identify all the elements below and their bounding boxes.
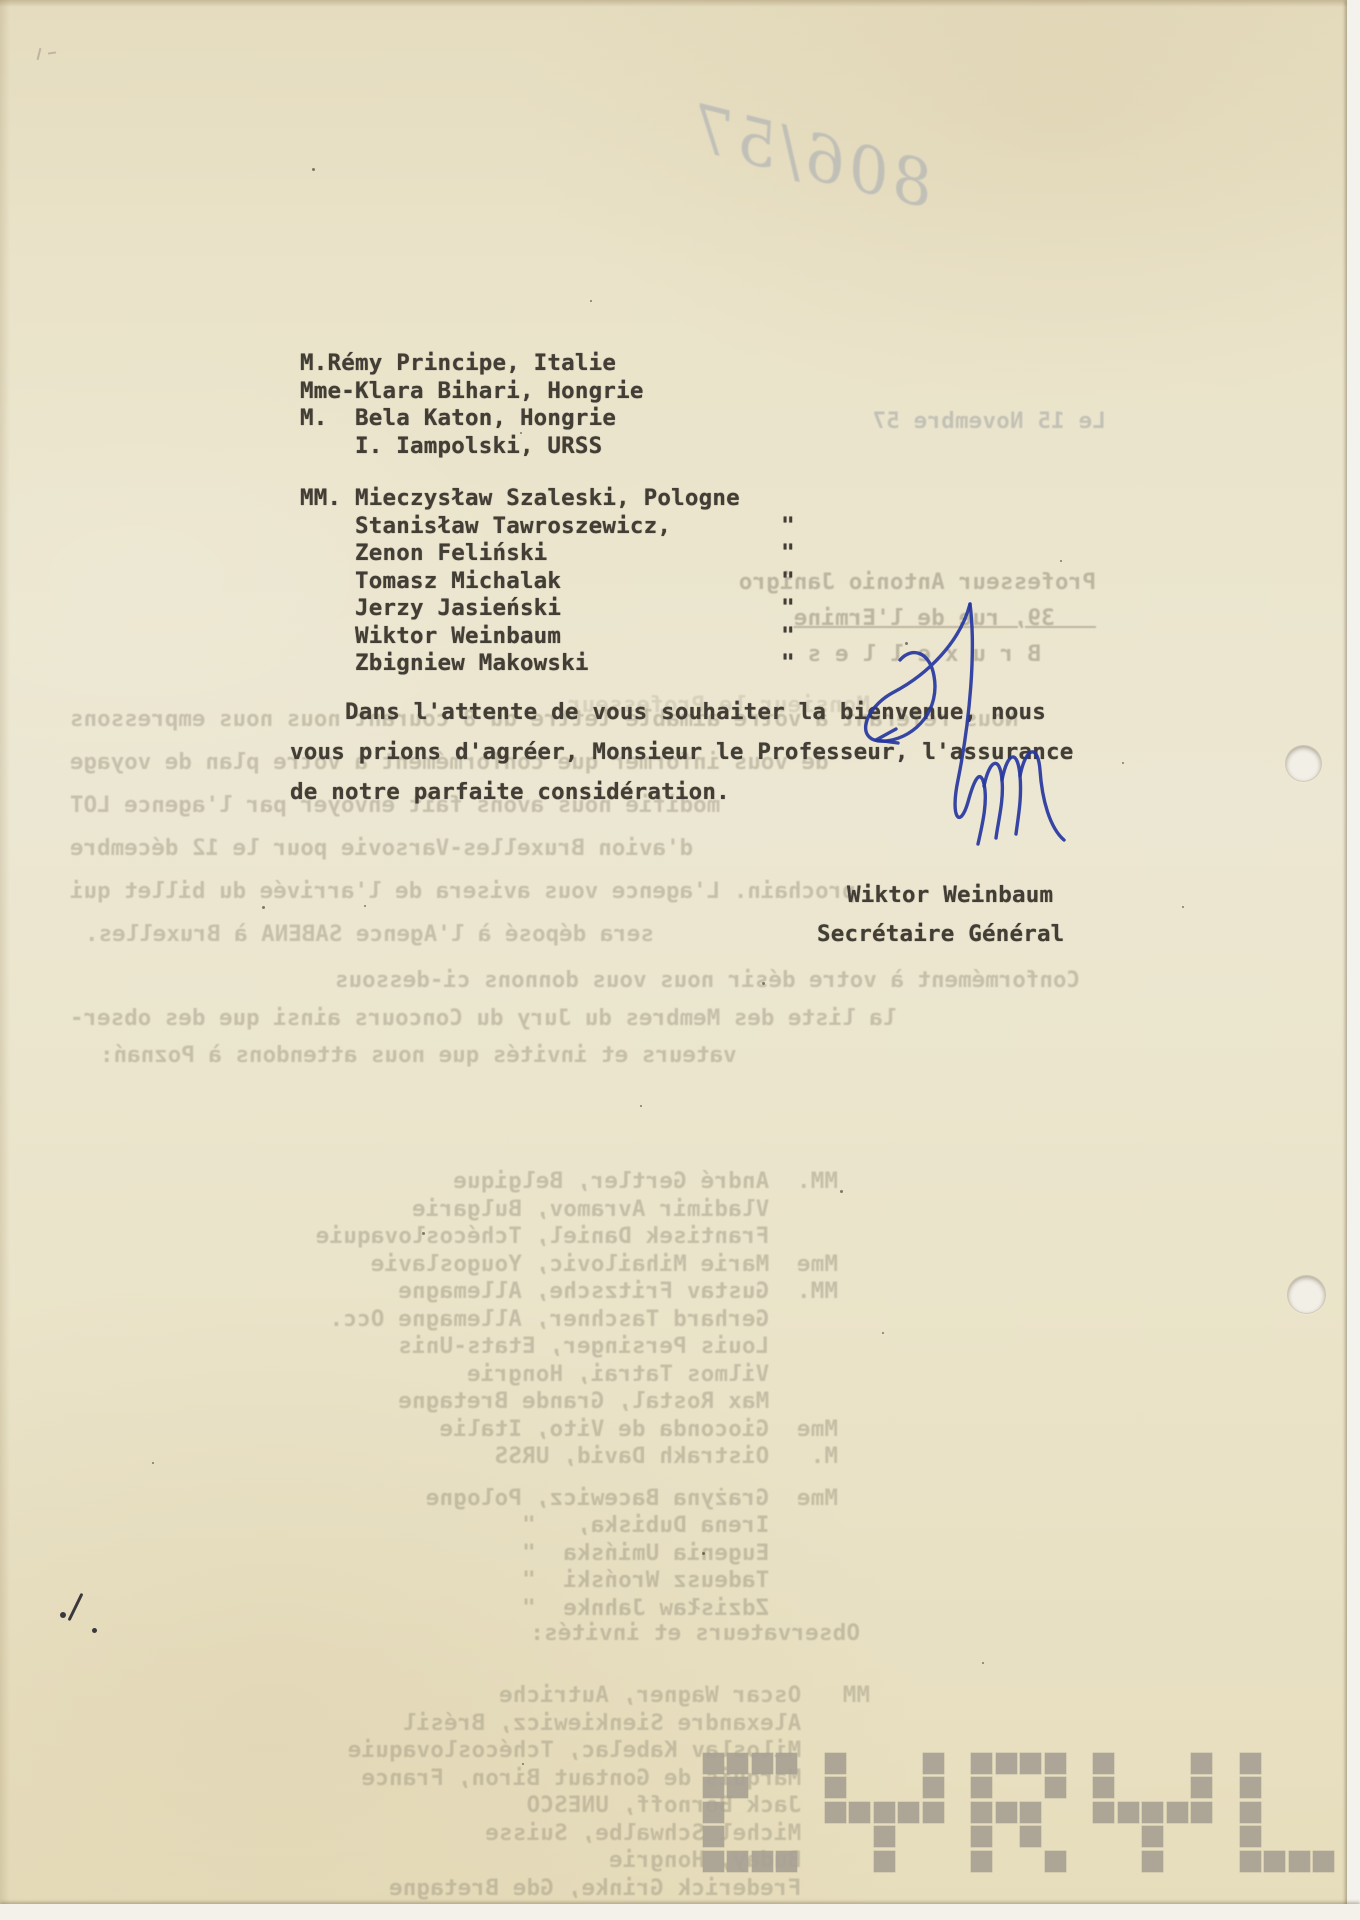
watermark-block [1020,1753,1041,1774]
watermark-block [1142,1851,1163,1872]
recipient-line: M.Rémy Principe, Italie [300,350,644,378]
bleedthrough-jury-line: Mme Marie Mihailovic, Yougoslavie [280,1251,838,1279]
signature-ink [842,590,1074,870]
watermark-block [727,1777,748,1798]
bleedthrough-observer-line: Alexandre Sienkiewicz, Brésil [310,1710,870,1738]
bleedthrough-jury-line: Vladimir Avramov, Bulgarie [280,1196,838,1224]
ink-dot [92,1628,97,1633]
watermark-block [1191,1777,1212,1798]
watermark-block [923,1802,944,1823]
watermark-block [874,1802,895,1823]
bleedthrough-jury-line: Mme Gioconda de Vito, Italie [280,1416,838,1444]
recipient-line: Zenon Feliński " [300,540,795,568]
watermark-block [849,1802,870,1823]
bleedthrough-jury-line: MM. Gustav Fritzsche, Allemagne [280,1278,838,1306]
watermark-block [1118,1802,1139,1823]
watermark-block [703,1753,724,1774]
watermark-block [1142,1802,1163,1823]
bleedthrough-jury-line: Irena Dubiska, " [280,1512,838,1540]
watermark-block [825,1802,846,1823]
watermark-block [752,1753,773,1774]
bleedthrough-date: Le 15 Novembre 57 [880,356,1106,488]
bleedthrough-body-line: d'avion Bruxelles-Varsovie pour le 12 dé… [70,835,693,861]
watermark-block [1313,1851,1334,1872]
bleedthrough-jury-line: Frantisek Daniel, Tchécoslovaquie [280,1223,838,1251]
scan-margin-bottom [0,1904,1360,1920]
bleedthrough-body-line: prochain. L'agence vous avisera de l'arr… [70,878,856,904]
bleedthrough-jury-line: Mme Grażyna Bacewicz, Pologne [280,1485,838,1513]
watermark-block [703,1802,724,1823]
bleedthrough-jury-line: Eugenia Umińska " [280,1540,838,1568]
ink-stroke [68,1593,84,1621]
recipient-line: MM. Mieczysław Szaleski, Pologne [300,485,795,513]
watermark-block [971,1777,992,1798]
bleedthrough-observer-line: Jack Bornoff, UNESCO [310,1792,870,1820]
watermark-block [1191,1753,1212,1774]
watermark-block [1142,1826,1163,1847]
signatory-title: Secrétaire Général [817,869,1064,1001]
bleedthrough-jury-list: MM. André Gertler, Belgique Vladimir Avr… [280,1090,838,1622]
paper-edge-shadow-left [0,0,10,1920]
watermark-block [1045,1777,1066,1798]
watermark-block [971,1851,992,1872]
watermark-block [874,1851,895,1872]
watermark-block [1020,1802,1041,1823]
scanned-letter-page: Le 15 Novembre 57 Professeur Antonio Jan… [0,0,1360,1920]
bleedthrough-jury-line: Louis Persinger, Etats-Unis [280,1333,838,1361]
watermark-block [1240,1826,1261,1847]
watermark-block [996,1802,1017,1823]
watermark-block [703,1826,724,1847]
watermark-block [971,1802,992,1823]
punch-hole-bottom [1288,1276,1325,1313]
bleedthrough-jury-line: Vilmos Tatrai, Hongrie [280,1361,838,1389]
watermark-block [1167,1802,1188,1823]
bleedthrough-body-line: la liste des Membres du Jury du Concours… [70,1005,896,1031]
scan-margin-right [1347,0,1360,1920]
watermark-block [776,1753,797,1774]
watermark-block [727,1851,748,1872]
watermark-block [1240,1753,1261,1774]
watermark-block [776,1851,797,1872]
watermark-block [1240,1851,1261,1872]
watermark-block [727,1753,748,1774]
bleedthrough-jury-line: Max Rostal, Grande Bretagne [280,1388,838,1416]
corner-ink-mark [52,1592,112,1652]
watermark-block [1093,1777,1114,1798]
bleedthrough-jury-line: MM. André Gertler, Belgique [280,1168,838,1196]
watermark-block [1264,1851,1285,1872]
pencil-archive-number: 806/57 [681,91,941,223]
paper-edge-shadow-top [0,0,1360,7]
watermark-block [898,1802,919,1823]
ink-dot [60,1612,66,1618]
watermark-block [1045,1851,1066,1872]
watermark-block [825,1753,846,1774]
watermark-block [1093,1802,1114,1823]
watermark-block [752,1851,773,1872]
watermark-block [971,1753,992,1774]
bleedthrough-observer-line: MM Oscar Wagner, Autriche [310,1682,870,1710]
watermark-block [703,1777,724,1798]
bleedthrough-jury-line: M. Oistrakh David, URSS [280,1443,838,1471]
watermark-block [971,1826,992,1847]
bleedthrough-observer-line: Michel Schwalbe, Suisse [310,1820,870,1848]
watermark-block [1045,1753,1066,1774]
recipient-line: Stanisław Tawroszewicz, " [300,513,795,541]
recipient-line: Mme-Klara Bihari, Hongrie [300,378,644,406]
bleedthrough-body-line: vateurs et invités que nous attendons à … [100,1042,737,1068]
watermark-block [1020,1826,1041,1847]
recipient-line: Tomasz Michalak " [300,568,795,596]
punch-hole-top [1286,746,1321,781]
watermark-block [703,1851,724,1872]
watermark-block [923,1777,944,1798]
bleedthrough-body-line: sera déposé à l'Agence SABENA à Bruxelle… [85,921,654,947]
watermark-block [1240,1777,1261,1798]
watermark-block [874,1826,895,1847]
watermark-block [1191,1802,1212,1823]
watermark-block [1240,1802,1261,1823]
watermark-block [1093,1753,1114,1774]
bleedthrough-observer-line: Frederick Grinke, Gde Bretagne [310,1875,870,1903]
watermark-block [825,1777,846,1798]
bleedthrough-jury-line: Gerhard Taschner, Allemagne Occ. [280,1306,838,1334]
watermark-block [923,1753,944,1774]
watermark-block [1289,1851,1310,1872]
watermark-block [996,1753,1017,1774]
